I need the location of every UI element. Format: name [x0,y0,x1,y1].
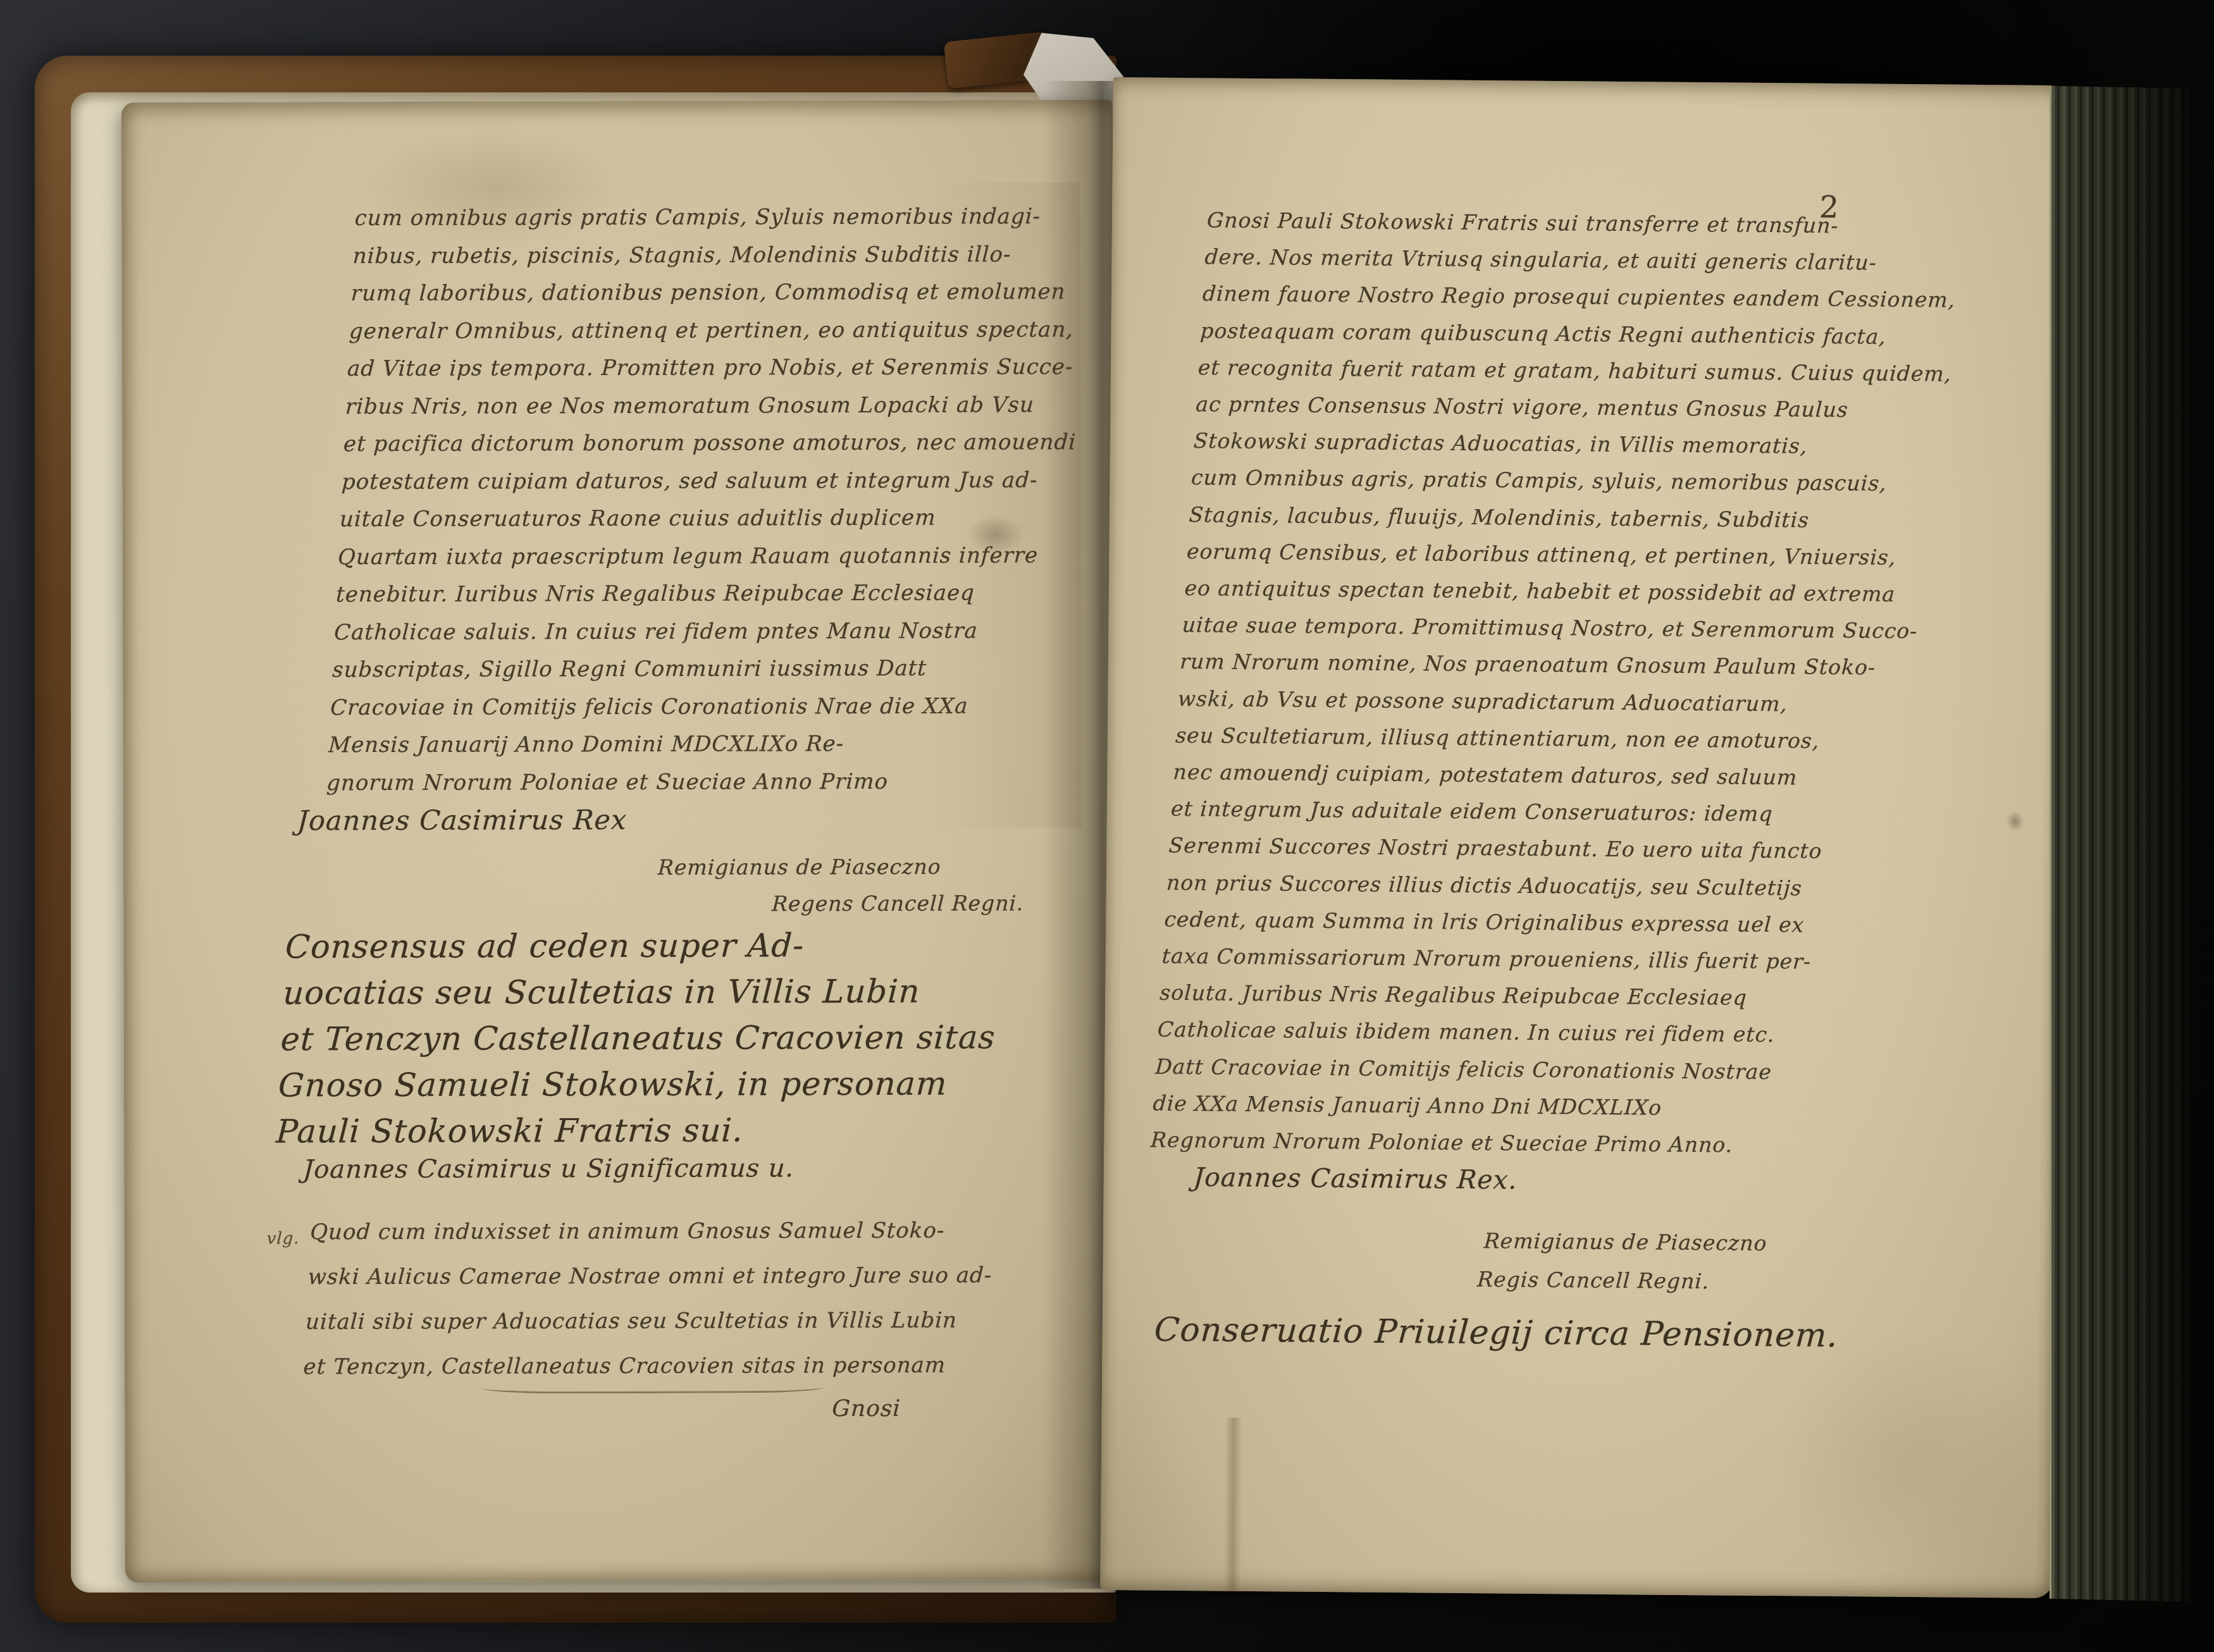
royal-signature: Joannes Casimirus Rex. [1192,1162,1518,1195]
page-crease [1223,1418,1242,1591]
text-line: uitali sibi super Aduocatias seu Scultet… [304,1298,991,1345]
text-line: dinem fauore Nostro Regio prosequi cupie… [1201,276,1957,319]
chancellor-title: Regis Cancell Regni. [1476,1267,1710,1293]
royal-signature: Joannes Casimirus Rex [297,804,628,837]
text-line: potestatem cuipiam daturos, sed saluum e… [341,462,1075,502]
chancellor-title: Regens Cancell Regni. [771,891,1024,916]
stain [1777,1332,2051,1594]
text-line: uitale Conseruaturos Raone cuius aduitli… [339,499,1073,539]
text-line: nibus, rubetis, piscinis, Stagnis, Molen… [352,236,1086,276]
stain [2007,811,2024,831]
heading-line: Pauli Stokowski Fratris sui. [275,1107,992,1155]
text-line: eo antiquitus spectan tenebit, habebit e… [1184,570,1939,613]
text-line: dere. Nos merita Vtriusq singularia, et … [1204,238,1960,282]
chancellor-signature: Remigianus de Piaseczno [1483,1228,1768,1255]
right-page-body-text: Gnosi Pauli Stokowski Fratris sui transf… [1149,202,1962,1165]
text-line: wski Aulicus Camerae Nostrae omni et int… [307,1253,993,1300]
text-line: cedent, quam Summa in lris Originalibus … [1163,901,1919,945]
heading-line: uocatias seu Scultetias in Villis Lubin [282,968,999,1016]
text-line: ac prntes Consensus Nostri vigore, mentu… [1195,386,1951,429]
text-line: ad Vitae ips tempora. Promitten pro Nobi… [346,348,1080,388]
text-line: Gnosi Pauli Stokowski Fratris sui transf… [1206,202,1962,245]
text-line: taxa Commissariorum Nrorum proueniens, i… [1161,938,1917,982]
text-line: Quartam iuxta praescriptum legum Rauam q… [337,537,1072,577]
text-line: non prius Succores illius dictis Aduocat… [1165,864,1921,908]
fore-edge [2050,86,2189,1602]
text-line: et pacifica dictorum bonorum possone amo… [343,424,1077,464]
text-line: Serenmi Succores Nostri praestabunt. Eo … [1168,827,1924,871]
text-line: Datt Cracoviae in Comitijs felicis Coron… [1154,1048,1910,1092]
text-line: nec amouendj cuipiam, potestatem daturos… [1172,754,1928,798]
chancellor-signature: Remigianus de Piaseczno [657,854,941,880]
text-line: Cracoviae in Comitijs felicis Coronation… [330,687,1064,727]
text-line: uitae suae tempora. Promittimusq Nostro,… [1181,607,1937,650]
text-line: ribus Nris, non ee Nos memoratum Gnosum … [345,386,1079,426]
text-line: Quod cum induxisset in animum Gnosus Sam… [309,1208,995,1255]
text-line: posteaquam coram quibuscunq Actis Regni … [1199,312,1955,356]
text-line: cum Omnibus agris, pratis Campis, syluis… [1190,460,1946,503]
heading-line: Gnoso Samueli Stokowski, in personam [277,1061,994,1109]
text-line: Regnorum Nrorum Poloniae et Sueciae Prim… [1149,1122,1905,1166]
text-line: Catholicae saluis. In cuius rei fidem pn… [333,612,1068,652]
left-page: vlg. cum omnibus agris pratis Campis, Sy… [121,100,1116,1582]
text-line: wski, ab Vsu et possone supradictarum Ad… [1177,681,1933,724]
left-page-body2-text: Quod cum induxisset in animum Gnosus Sam… [302,1208,996,1390]
text-line: eorumq Censibus, et laboribus attinenq, … [1185,533,1941,577]
text-line: soluta. Juribus Nris Regalibus Reipubcae… [1159,975,1915,1018]
text-line: cum omnibus agris pratis Campis, Syluis … [354,198,1088,238]
text-line: die XXa Mensis Januarij Anno Dni MDCXLIX… [1152,1085,1908,1128]
text-line: gnorum Nrorum Poloniae et Sueciae Anno P… [326,763,1060,803]
heading-line: et Tenczyn Castellaneatus Cracovien sita… [280,1014,996,1063]
text-line: seu Scultetiarum, illiusq attinentiarum,… [1175,717,1931,761]
text-line: tenebitur. Iuribus Nris Regalibus Reipub… [335,574,1070,614]
text-line: generalr Omnibus, attinenq et pertinen, … [348,311,1082,351]
document-heading: Conseruatio Priuilegij circa Pensionem. [1153,1311,1840,1355]
left-page-heading: Consensus ad ceden super Ad-uocatias seu… [275,922,1001,1155]
flourish-underline [482,1382,824,1393]
text-line: subscriptas, Sigillo Regni Communiri ius… [331,650,1066,689]
catchword: Gnosi [831,1396,901,1422]
text-line: Mensis Januarij Anno Domini MDCXLIXo Re- [328,725,1062,765]
text-line: Catholicae saluis ibidem manen. In cuius… [1156,1011,1912,1055]
text-line: rum Nrorum nomine, Nos praenoatum Gnosum… [1179,643,1935,687]
backdrop: vlg. cum omnibus agris pratis Campis, Sy… [0,0,2214,1652]
heading-line: Consensus ad ceden super Ad- [284,922,1001,970]
text-line: et integrum Jus aduitale eidem Conseruat… [1170,791,1926,834]
left-page-body-text: cum omnibus agris pratis Campis, Syluis … [326,198,1088,802]
text-line: Stagnis, lacubus, fluuijs, Molendinis, t… [1188,496,1944,540]
text-line: Stokowski supradictas Aduocatias, in Vil… [1192,422,1948,466]
protocol-line: Joannes Casimirus u Significamus u. [302,1154,795,1184]
text-line: et recognita fuerit ratam et gratam, hab… [1197,349,1953,393]
right-page: 2 Gnosi Pauli Stokowski Fratris sui tran… [1100,77,2066,1598]
margin-note: vlg. [266,1229,300,1248]
text-line: rumq laboribus, dationibus pension, Comm… [350,273,1084,313]
